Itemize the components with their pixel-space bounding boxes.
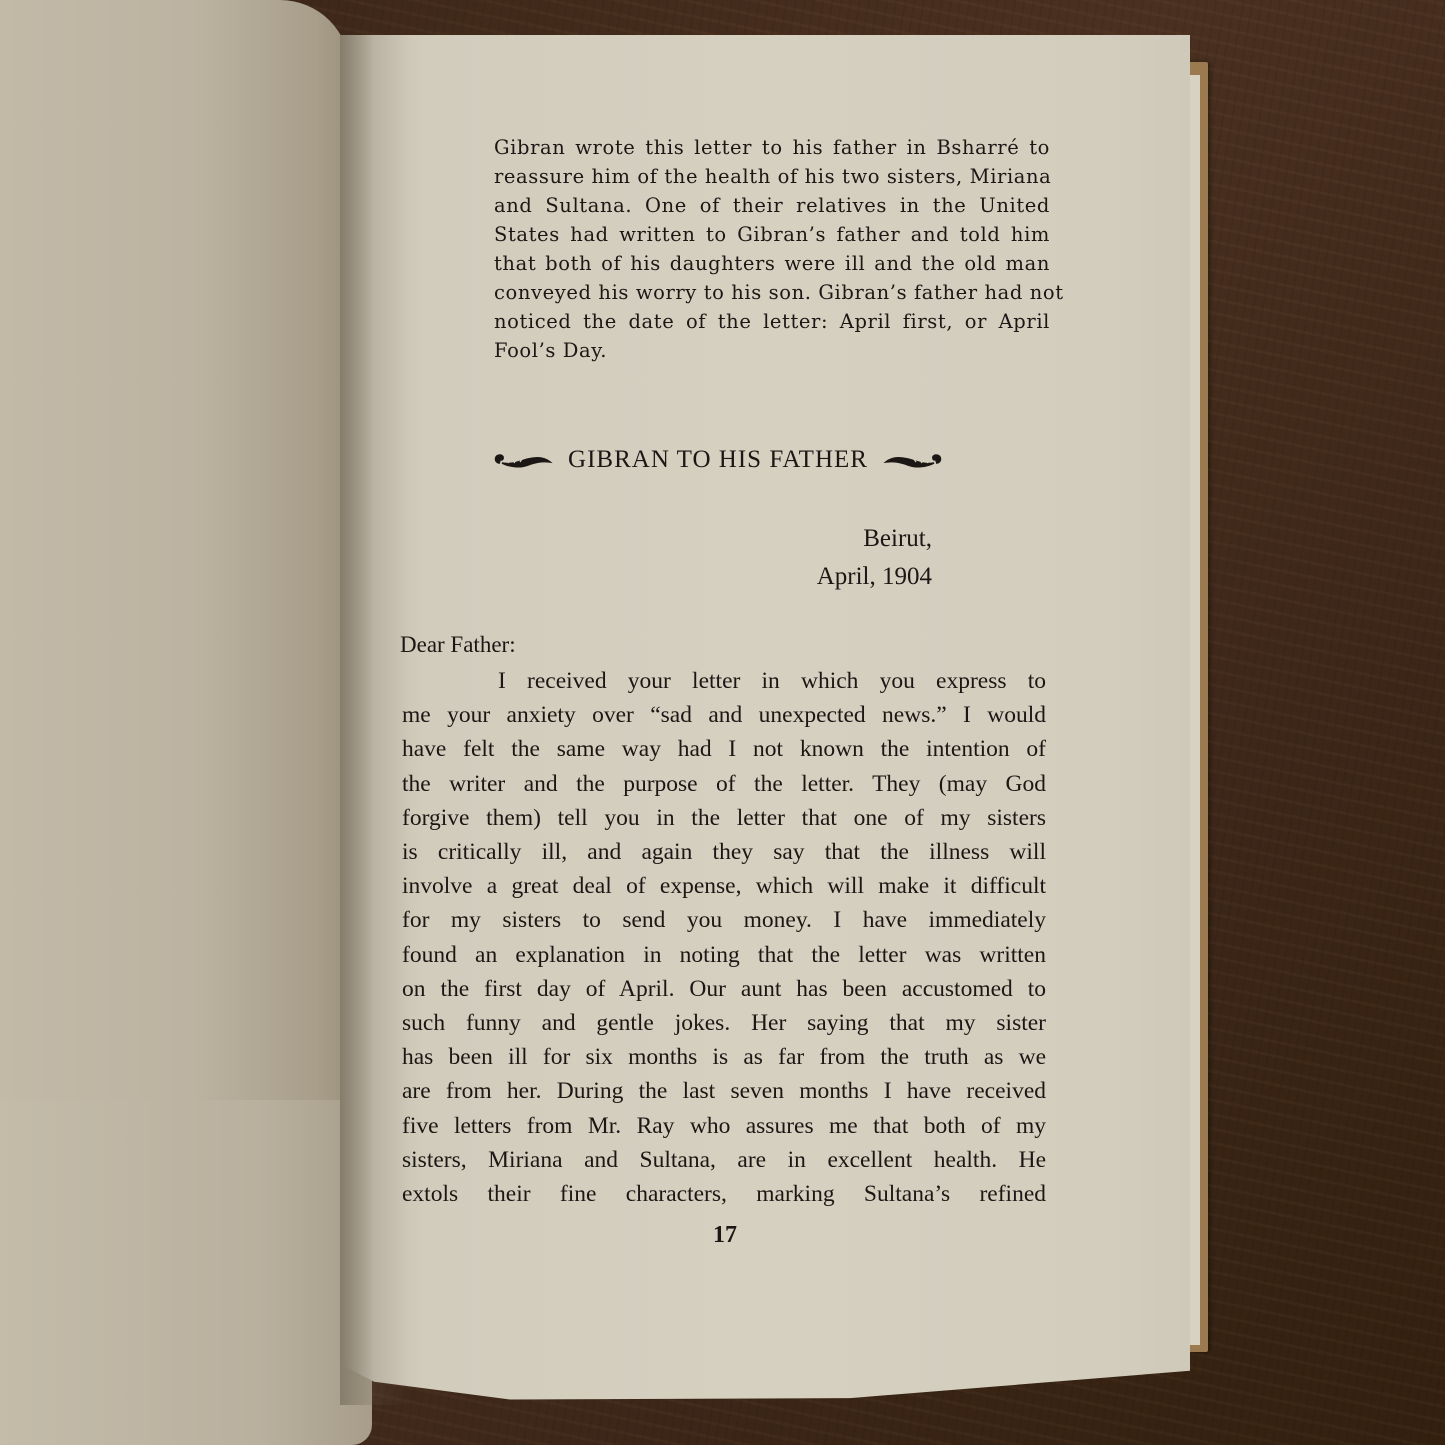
intro-line: and Sultana. One of their relatives in t… <box>494 191 1050 220</box>
body-line: on the first day of April. Our aunt has … <box>402 972 1046 1006</box>
intro-paragraph: Gibran wrote this letter to his father i… <box>494 133 1050 365</box>
intro-line: Fool’s Day. <box>494 336 1050 365</box>
intro-line: reassure him of the health of his two si… <box>494 162 1050 191</box>
letter-date: April, 1904 <box>700 563 932 591</box>
body-line: five letters from Mr. Ray who assures me… <box>402 1109 1046 1143</box>
body-line: such funny and gentle jokes. Her saying … <box>402 1006 1046 1040</box>
body-line: are from her. During the last seven mont… <box>402 1074 1046 1108</box>
intro-line: States had written to Gibran’s father an… <box>494 220 1050 249</box>
body-line: me your anxiety over “sad and unexpected… <box>402 698 1046 732</box>
intro-line: noticed the date of the letter: April fi… <box>494 307 1050 336</box>
page-number: 17 <box>690 1222 760 1249</box>
letter-place: Beirut, <box>700 525 932 553</box>
body-line: found an explanation in noting that the … <box>402 938 1046 972</box>
intro-line: Gibran wrote this letter to his father i… <box>494 133 1050 162</box>
body-line: is critically ill, and again they say th… <box>402 835 1046 869</box>
letter-body: I received your letter in which you expr… <box>402 664 1046 1211</box>
body-line: for my sisters to send you money. I have… <box>402 903 1046 937</box>
letter-heading: GIBRAN TO HIS FATHER <box>458 440 978 480</box>
body-line: sisters, Miriana and Sultana, are in exc… <box>402 1143 1046 1177</box>
body-line: involve a great deal of expense, which w… <box>402 869 1046 903</box>
letter-salutation: Dear Father: <box>400 632 516 658</box>
left-page-blank-lower <box>0 1100 372 1445</box>
flourish-left-icon <box>492 449 554 471</box>
heading-title: GIBRAN TO HIS FATHER <box>568 446 868 474</box>
intro-line: that both of his daughters were ill and … <box>494 249 1050 278</box>
body-line: I received your letter in which you expr… <box>402 664 1046 698</box>
body-line: has been ill for six months is as far fr… <box>402 1040 1046 1074</box>
body-line: forgive them) tell you in the letter tha… <box>402 801 1046 835</box>
body-line: extols their fine characters, marking Su… <box>402 1177 1046 1211</box>
body-line: have felt the same way had I not known t… <box>402 732 1046 766</box>
body-line: the writer and the purpose of the letter… <box>402 767 1046 801</box>
intro-line: conveyed his worry to his son. Gibran’s … <box>494 278 1050 307</box>
flourish-right-icon <box>882 449 944 471</box>
